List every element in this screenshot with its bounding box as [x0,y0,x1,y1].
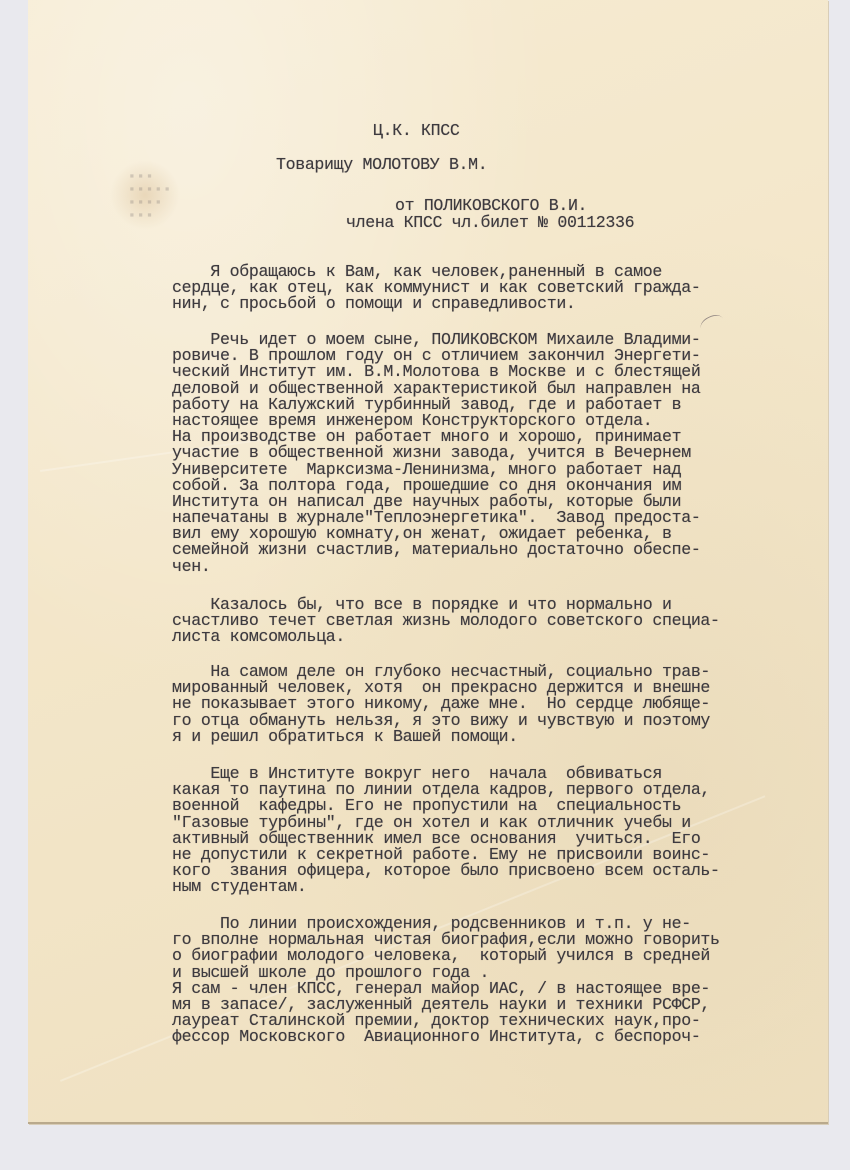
paragraph-appeal: Я обращаюсь к Вам, как человек,раненный … [172,264,700,313]
sender-membership: члена КПСС чл.билет № 00112336 [346,213,634,232]
paragraph-son: Речь идет о моем сыне, ПОЛИКОВСКОМ Михаи… [172,332,700,575]
text-line: семейной жизни счастлив, материально дос… [172,542,700,558]
text-line: ным студентам. [172,879,720,895]
addressee-org: Ц.К. КПСС [373,121,459,140]
paragraph-seemingly: Казалось бы, что все в порядке и что нор… [172,597,720,646]
text-line: нин, с просьбой о помощи и справедливост… [172,296,700,312]
text-line: чен. [172,559,700,575]
paragraph-institute: Еще в Институте вокруг него начала обвив… [172,766,720,896]
text-line: фессор Московского Авиационного Институт… [172,1029,720,1045]
paragraph-unhappy: На самом деле он глубоко несчастный, соц… [172,664,710,745]
addressee-person: Товарищу МОЛОТОВУ В.М. [276,155,487,174]
faded-show-through-marks: ▪▪▪▪▪▪▪▪▪▪▪▪▪▪▪ [128,170,208,230]
text-line: листа комсомольца. [172,629,720,645]
text-line: я и решил обратиться к Вашей помощи. [172,729,710,745]
paragraph-origin: По линии происхождения, родсвенников и т… [172,916,720,1046]
